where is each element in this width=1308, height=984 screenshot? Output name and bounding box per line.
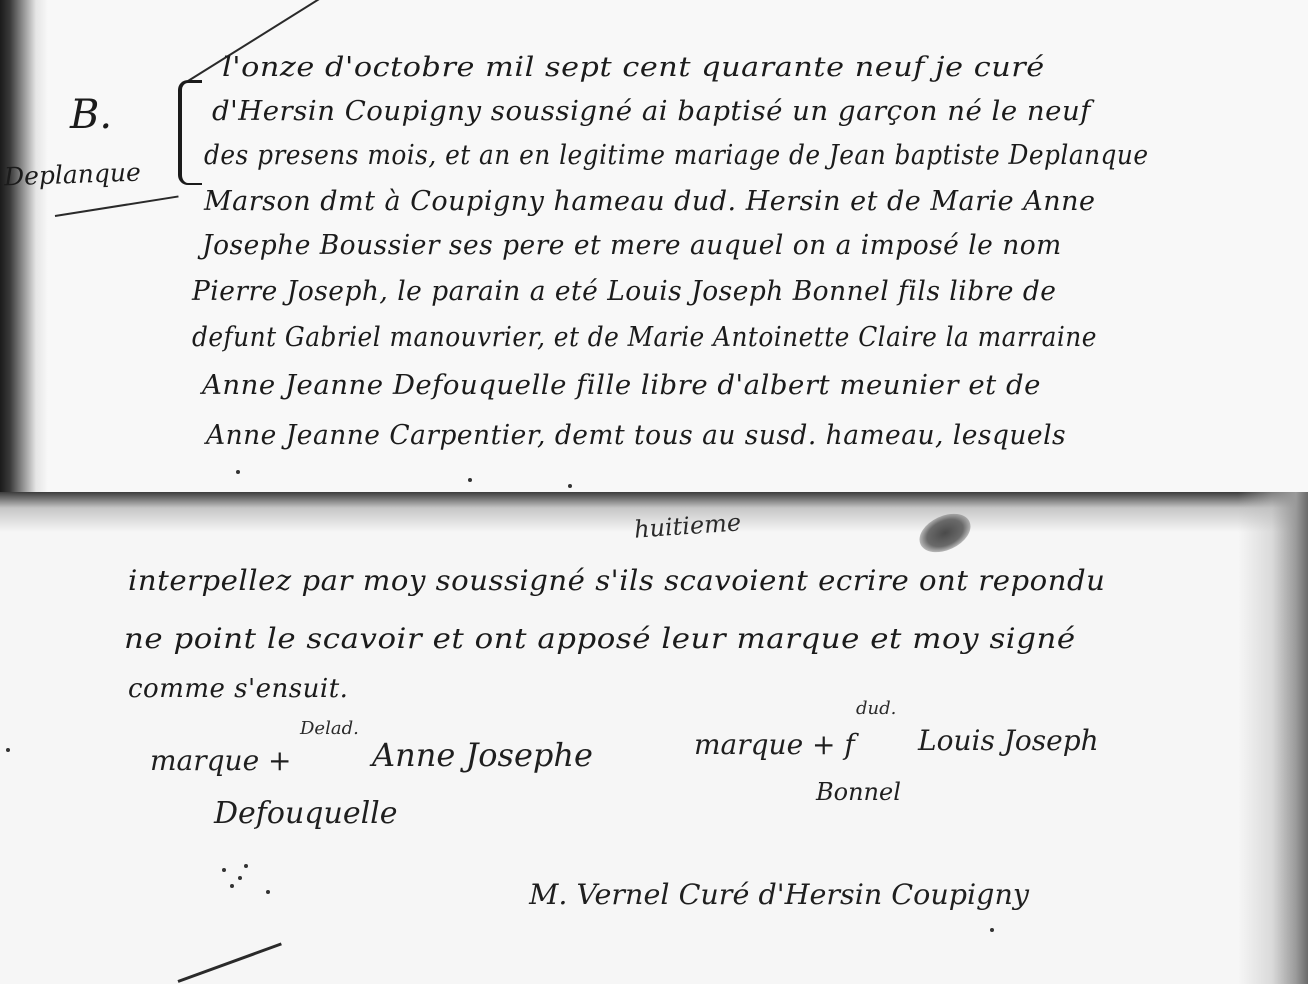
record-line-3: des presens mois, et an en legitime mari… xyxy=(204,140,1149,171)
continuation-line-1: interpellez par moy soussigné s'ils scav… xyxy=(128,564,1105,597)
godmother-name-line-1: Anne Josephe xyxy=(372,736,593,774)
continuation-line-2: ne point le scavoir et ont apposé leur m… xyxy=(124,622,1076,655)
record-line-1: l'onze d'octobre mil sept cent quarante … xyxy=(222,52,1045,83)
godfather-name-line-2: Bonnel xyxy=(816,778,901,806)
ink-speck xyxy=(990,928,994,932)
record-line-9: Anne Jeanne Carpentier, demt tous au sus… xyxy=(206,420,1066,451)
ink-speck xyxy=(236,470,240,474)
ink-speck xyxy=(244,864,248,868)
godmother-name-line-2: Defouquelle xyxy=(214,796,398,831)
register-page-top-strip: B. Deplanque l'onze d'octobre mil sept c… xyxy=(0,0,1308,492)
godfather-name-line-1: Louis Joseph xyxy=(918,724,1099,757)
stray-pen-stroke xyxy=(177,942,281,982)
register-page-bottom-strip: huitieme interpellez par moy soussigné s… xyxy=(0,492,1308,984)
ink-speck xyxy=(222,868,226,872)
binding-shadow xyxy=(0,0,48,492)
interlinear-insertion: huitieme xyxy=(633,508,742,543)
continuation-line-3: comme s'ensuit. xyxy=(128,674,348,704)
record-line-5: Josephe Boussier ses pere et mere auquel… xyxy=(202,230,1062,261)
surname-underline-stroke xyxy=(55,195,179,217)
margin-surname: Deplanque xyxy=(4,158,142,192)
record-line-7: defunt Gabriel manouvrier, et de Marie A… xyxy=(192,322,1097,353)
ink-speck xyxy=(568,484,572,488)
record-line-2: d'Hersin Coupigny soussigné ai baptisé u… xyxy=(212,96,1091,127)
page-edge-shadow-right xyxy=(1238,492,1308,984)
priest-signature: M. Vernel Curé d'Hersin Coupigny xyxy=(529,878,1029,911)
godfather-mark: marque + f xyxy=(694,728,855,761)
entry-brace xyxy=(178,80,202,185)
godmother-over-label: Delad. xyxy=(300,718,359,739)
record-line-6: Pierre Joseph, le parain a eté Louis Jos… xyxy=(192,276,1056,307)
record-line-8: Anne Jeanne Defouquelle fille libre d'al… xyxy=(202,370,1041,401)
godmother-mark: marque + xyxy=(150,744,292,777)
record-line-4: Marson dmt à Coupigny hameau dud. Hersin… xyxy=(204,186,1095,217)
ink-speck xyxy=(238,876,242,880)
ink-speck xyxy=(266,890,270,894)
ink-speck xyxy=(230,884,234,888)
ink-speck xyxy=(468,478,472,482)
baptism-entry-mark: B. xyxy=(70,92,112,138)
ink-speck xyxy=(6,748,10,752)
godfather-over-label: dud. xyxy=(856,698,896,719)
